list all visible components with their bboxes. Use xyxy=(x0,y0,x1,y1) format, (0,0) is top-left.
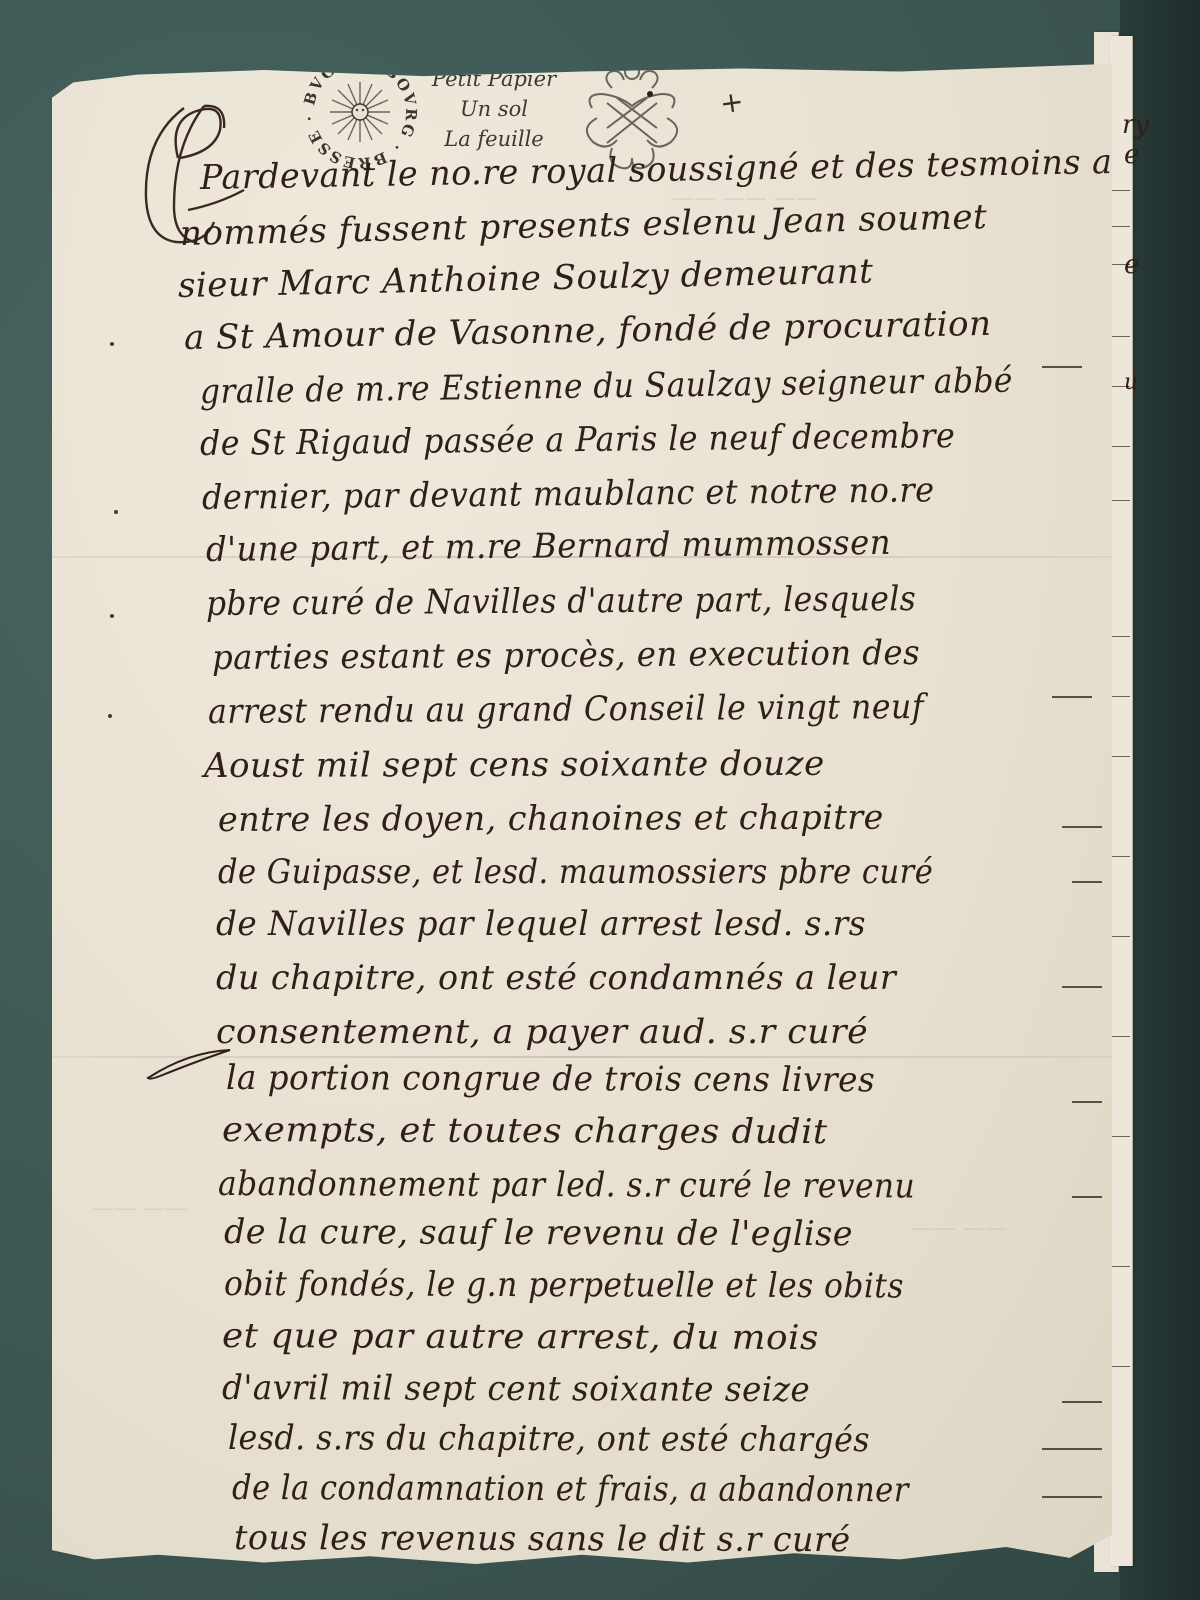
manuscript-line: nommés fussent presents eslenu Jean soum… xyxy=(180,197,988,254)
underlying-page-fragment: e xyxy=(1124,140,1139,170)
margin-dot xyxy=(108,714,112,718)
line-filler-dash xyxy=(1072,1101,1102,1103)
manuscript-line: entre les doyen, chanoines et chapitre xyxy=(218,798,884,840)
manuscript-line: d'une part, et m.re Bernard mummossen xyxy=(206,523,891,570)
manuscript-line: lesd. s.rs du chapitre, ont esté chargés xyxy=(228,1418,870,1460)
manuscript-page: —— —— —— —— —— —— —— BVGEY · BOVRG · BRE… xyxy=(52,36,1112,1581)
line-filler-dash xyxy=(1072,881,1102,883)
manuscript-line: arrest rendu au grand Conseil le vingt n… xyxy=(208,687,924,732)
manuscript-line: de Navilles par lequel arrest lesd. s.rs xyxy=(216,904,866,944)
manuscript-line: de St Rigaud passée a Paris le neuf dece… xyxy=(200,416,956,464)
manuscript-line: parties estant es procès, en execution d… xyxy=(212,633,920,678)
manuscript-line: gralle de m.re Estienne du Saulzay seign… xyxy=(200,361,1013,412)
line-filler-dash xyxy=(1042,366,1082,368)
manuscript-line: a St Amour de Vasonne, fondé de procurat… xyxy=(184,304,992,358)
manuscript-line: d'avril mil sept cent soixante seize xyxy=(222,1368,810,1410)
line-filler-dash xyxy=(1062,1401,1102,1403)
manuscript-line: la portion congrue de trois cens livres xyxy=(226,1058,875,1100)
manuscript-text: Pardevant le no.re royal soussigné et de… xyxy=(52,36,1112,1581)
manuscript-line: de Guipasse, et lesd. maumossiers pbre c… xyxy=(218,852,933,892)
line-filler-dash xyxy=(1062,986,1102,988)
line-filler-dash xyxy=(1072,1196,1102,1198)
manuscript-line: consentement, a payer aud. s.r curé xyxy=(216,1012,868,1052)
margin-dot xyxy=(110,342,114,346)
margin-dot xyxy=(114,510,118,514)
manuscript-line: de la cure, sauf le revenu de l'eglise xyxy=(224,1212,853,1254)
margin-dot xyxy=(110,614,114,618)
manuscript-line: de la condamnation et frais, a abandonne… xyxy=(232,1468,909,1510)
manuscript-line: du chapitre, ont esté condamnés a leur xyxy=(216,958,896,998)
manuscript-line: dernier, par devant maublanc et notre no… xyxy=(202,470,935,518)
manuscript-line: pbre curé de Navilles d'autre part, lesq… xyxy=(206,579,917,624)
manuscript-line: et que par autre arrest, du mois xyxy=(222,1316,819,1358)
line-filler-dash xyxy=(1042,1496,1102,1498)
manuscript-line: abandonnement par led. s.r curé le reven… xyxy=(218,1164,915,1206)
manuscript-line: Pardevant le no.re royal soussigné et de… xyxy=(200,140,1200,198)
line-filler-dash xyxy=(1062,826,1102,828)
underlying-page-fragment: u xyxy=(1124,370,1138,395)
manuscript-line: tous les revenus sans le dit s.r curé xyxy=(234,1518,851,1560)
manuscript-line: sieur Marc Anthoine Soulzy demeurant xyxy=(178,251,874,306)
manuscript-line: exempts, et toutes charges dudit xyxy=(222,1110,828,1152)
line-filler-dash xyxy=(1042,1448,1102,1450)
line-filler-dash xyxy=(1052,696,1092,698)
manuscript-line: Aoust mil sept cens soixante douze xyxy=(204,744,825,786)
manuscript-line: obit fondés, le g.n perpetuelle et les o… xyxy=(224,1264,904,1306)
underlying-page-fragment: ry xyxy=(1122,110,1149,140)
pen-flourish-icon xyxy=(144,1046,234,1086)
underlying-page-fragment: e xyxy=(1124,250,1139,280)
